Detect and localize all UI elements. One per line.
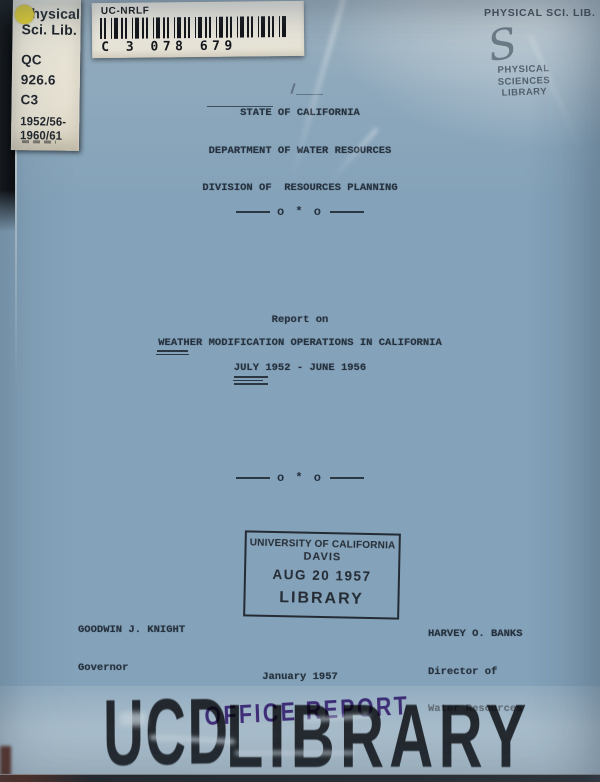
yellow-sticker-dot [15, 5, 34, 24]
barcode-icon [100, 16, 288, 39]
cover-edge-highlight [15, 148, 17, 388]
barcode-header: UC-NRLF [101, 6, 150, 18]
date-stamp-davis-line: DAVIS [246, 549, 398, 564]
publication-date: January 1957 [0, 671, 600, 684]
double-underline-weather-1 [157, 350, 188, 352]
ornament-divider-bottom: o * o [0, 471, 600, 485]
divider-ornament: o * o [277, 205, 323, 219]
cover-bottom-edge [0, 774, 600, 782]
divider-rule [330, 211, 364, 213]
call-number-library-line2: Sci. Lib. [21, 21, 77, 38]
divider-rule [236, 477, 270, 479]
divider-ornament: o * o [277, 471, 323, 485]
double-underline-weather-2 [156, 354, 189, 356]
uc-davis-date-stamp: UNIVERSITY OF CALIFORNIA DAVIS AUG 20 19… [243, 530, 401, 619]
report-title-line: WEATHER MODIFICATION OPERATIONS IN CALIF… [0, 337, 600, 350]
stamp-wear-streak [120, 712, 146, 726]
triple-underline-july-3 [234, 383, 268, 385]
header-state-line: STATE OF CALIFORNIA [0, 107, 600, 120]
header-division-line: DIVISION OF RESOURCES PLANNING [0, 182, 600, 195]
underline-department [207, 106, 273, 107]
stamp-wear-streak [235, 751, 355, 755]
report-dates-line: JULY 1952 - JUNE 1956 [0, 362, 600, 375]
call-number-number: 926.6 [21, 72, 56, 87]
divider-rule [236, 211, 270, 213]
report-on-line: Report on [0, 314, 600, 327]
ucd-library-stamp-part1: UCD [103, 685, 230, 780]
triple-underline-july-2 [233, 380, 263, 382]
handwritten-s-mark: S [484, 18, 521, 71]
director-name: HARVEY O. BANKS [428, 628, 523, 641]
ornament-divider-top: o * o [0, 205, 600, 219]
call-number-cutter: C3 [20, 92, 38, 107]
date-stamp-date-line: AUG 20 1957 [246, 566, 398, 584]
date-stamp-library-line: LIBRARY [245, 588, 397, 609]
pencil-underline-cal [296, 94, 323, 95]
triple-underline-july-1 [234, 376, 268, 378]
book-cover-scan: Physical Sci. Lib. QC 926.6 C3 1952/56- … [0, 0, 600, 782]
corner-stain [0, 746, 11, 776]
physical-sci-lib-stamp: PHYSICAL SCI. LIB. [484, 7, 596, 19]
barcode-number: C 3 078 679 [101, 39, 237, 55]
call-number-years-line1: 1952/56- [20, 114, 66, 129]
governor-name: GOODWIN J. KNIGHT [78, 624, 185, 637]
divider-rule [330, 477, 364, 479]
label-wear-marks [22, 140, 56, 143]
barcode-label: UC-NRLF C 3 078 679 [92, 1, 305, 58]
call-number-class: QC [21, 52, 42, 67]
